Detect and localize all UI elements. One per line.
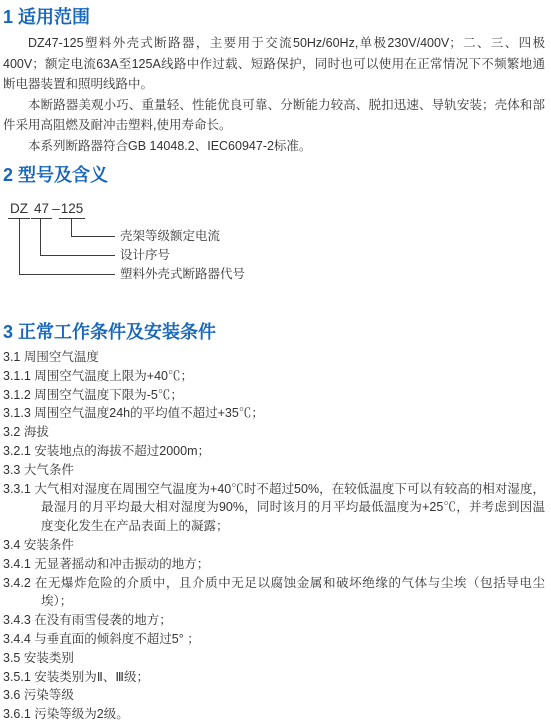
section-2-heading: 2 型号及含义: [3, 164, 545, 186]
clause-3-4-4: 3.4.4 与垂直面的倾斜度不超过5° ；: [3, 630, 545, 649]
model-code-serial: 47: [31, 201, 52, 219]
model-code-breaker: DZ: [8, 201, 30, 219]
section-3-heading: 3 正常工作条件及安装条件: [3, 321, 545, 343]
paragraph-standards: 本系列断路器符合GB 14048.2、IEC60947-2标准。: [3, 136, 545, 157]
clause-3-2-1: 3.2.1 安装地点的海拔不超过2000m；: [3, 442, 545, 461]
clause-3-6: 3.6 污染等级: [3, 686, 545, 705]
datasheet-page: 1 适用范围 DZ47-125塑料外壳式断路器，主要用于交流50Hz/60Hz,…: [0, 0, 551, 724]
clause-3-2: 3.2 海拔: [3, 423, 545, 442]
clause-3-1-1: 3.1.1 周围空气温度上限为+40℃；: [3, 367, 545, 386]
clause-3-1-3: 3.1.3 周围空气温度24h的平均值不超过+35℃；: [3, 404, 545, 423]
clause-3-5-1: 3.5.1 安装类别为Ⅱ、Ⅲ级；: [3, 668, 545, 687]
clause-3-4-3: 3.4.3 在没有雨雪侵袭的地方；: [3, 611, 545, 630]
clause-3-4-2: 3.4.2 在无爆炸危险的介质中，且介质中无足以腐蚀金属和破坏绝缘的气体与尘埃（…: [3, 574, 545, 612]
clause-3-6-1: 3.6.1 污染等级为2级。: [3, 705, 545, 724]
clause-3-1-2: 3.1.2 周围空气温度下限为-5℃；: [3, 386, 545, 405]
clause-3-5: 3.5 安装类别: [3, 649, 545, 668]
paragraph-application-range: DZ47-125塑料外壳式断路器，主要用于交流50Hz/60Hz,单极230V/…: [3, 33, 545, 95]
model-code-current: 125: [59, 201, 85, 219]
section-1-body: DZ47-125塑料外壳式断路器，主要用于交流50Hz/60Hz,单极230V/…: [3, 33, 545, 156]
label-design-serial: 设计序号: [120, 249, 170, 262]
clause-3-4: 3.4 安装条件: [3, 536, 545, 555]
section-1-heading: 1 适用范围: [3, 6, 545, 28]
paragraph-features: 本断路器美观小巧、重量轻、性能优良可靠、分断能力较高、脱扣迅速、导轨安装；壳体和…: [3, 95, 545, 136]
clause-3-3-1: 3.3.1 大气相对湿度在周围空气温度为+40℃时不超过50%，在较低温度下可以…: [3, 480, 545, 536]
clause-3-3: 3.3 大气条件: [3, 461, 545, 480]
connector-line-breaker-code: [19, 219, 115, 275]
label-breaker-code: 塑料外壳式断路器代号: [120, 268, 245, 281]
clause-3-1: 3.1 周围空气温度: [3, 348, 545, 367]
clause-3-4-1: 3.4.1 无显著摇动和冲击振动的地方；: [3, 555, 545, 574]
model-designation-diagram: DZ 47 – 125 壳架等级额定电流 设计序号 塑料外壳式断路器代号: [3, 199, 545, 311]
label-frame-current: 壳架等级额定电流: [120, 230, 220, 243]
section-3-body: 3.1 周围空气温度 3.1.1 周围空气温度上限为+40℃； 3.1.2 周围…: [3, 348, 545, 724]
